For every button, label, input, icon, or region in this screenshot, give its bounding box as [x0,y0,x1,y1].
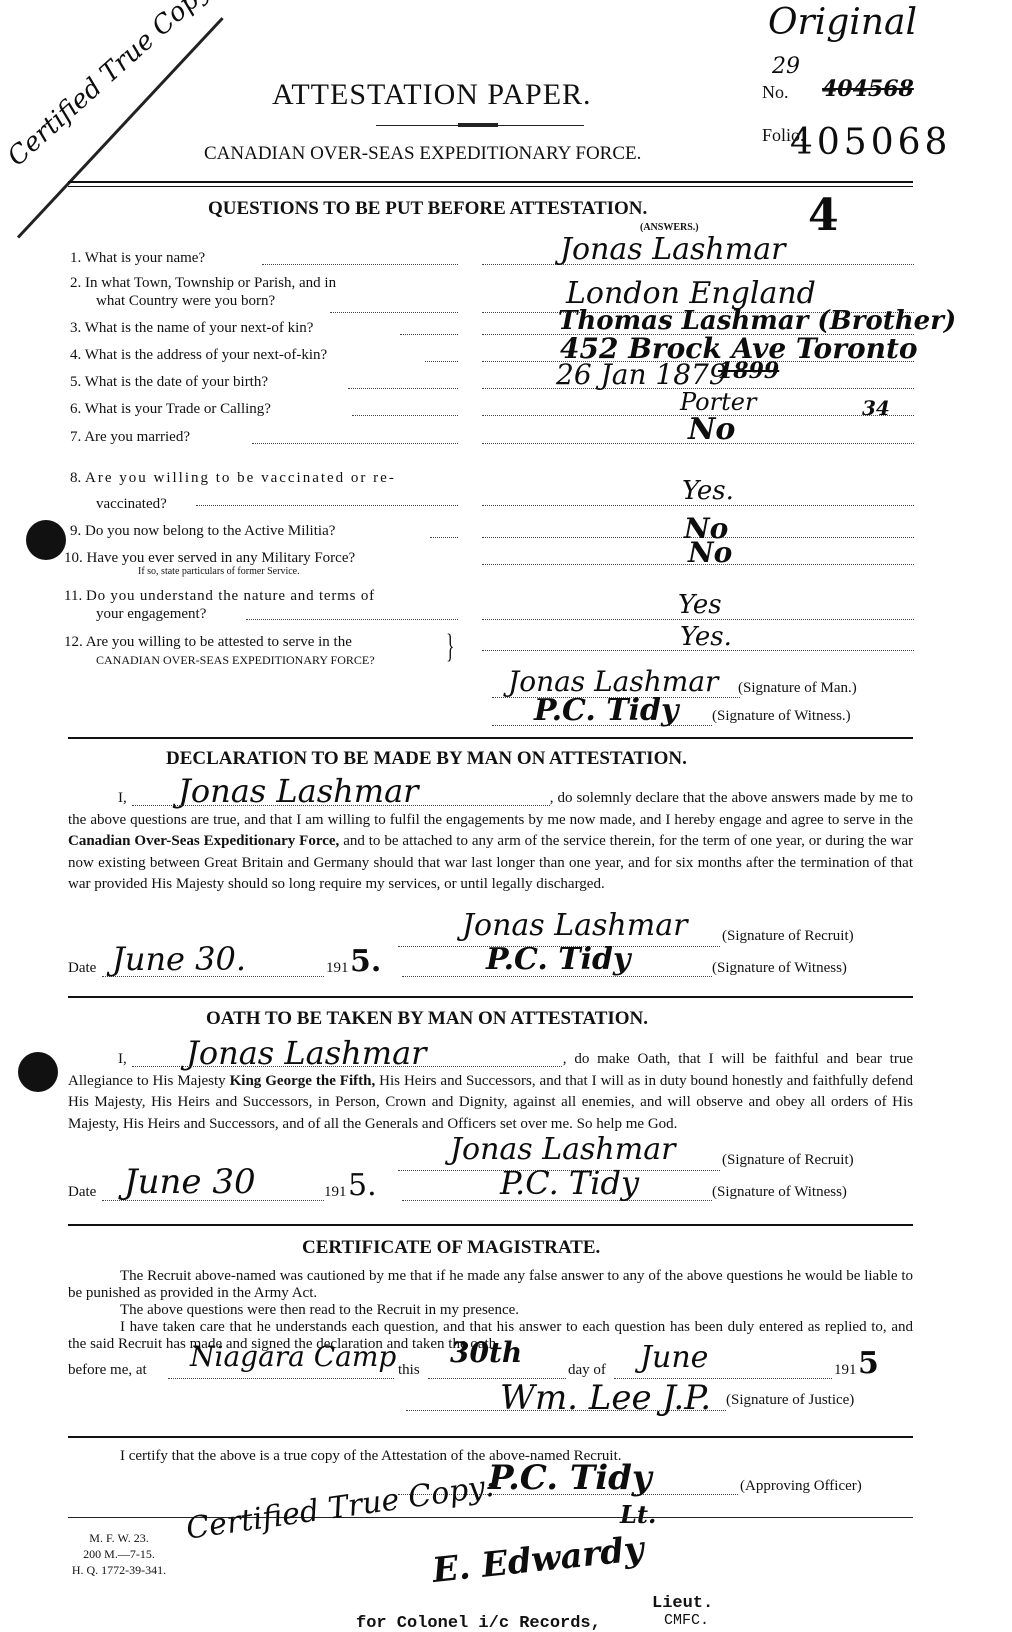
oath-heading: OATH TO BE TAKEN BY MAN ON ATTESTATION. [206,1008,648,1030]
magistrate-place-line [168,1378,394,1379]
magistrate-day: 30th [450,1336,522,1369]
declaration-date: June 30. [112,940,246,978]
number-label: No. [762,82,789,103]
question-2: 2. In what Town, Township or Parish, and… [70,274,336,310]
sig-witness: P.C. Tidy [534,693,678,728]
question-1-leader [262,264,458,265]
declaration-sig-witness-label: (Signature of Witness) [712,960,847,977]
footer-cmfc: CMFC. [664,1612,709,1629]
question-1: 1. What is your name? [70,249,205,267]
answer-6-side-note: 34 [862,396,890,420]
magistrate-sig-label: (Signature of Justice) [726,1392,854,1409]
question-8: 8. Are you willing to be vaccinated or r… [70,465,396,517]
certify-sig-rank: Lt. [620,1500,656,1529]
magistrate-this-label: this [398,1362,420,1379]
oath-date-label: Date [68,1184,96,1201]
question-9: 9. Do you now belong to the Active Milit… [70,522,335,540]
answer-5-struck-year: 1899 [718,358,779,384]
declaration-heading: DECLARATION TO BE MADE BY MAN ON ATTESTA… [166,748,687,770]
answer-7: No [688,412,735,447]
sig-man-label: (Signature of Man.) [738,680,857,697]
question-9-leader [430,537,458,538]
oath-year-prefix: 191 [324,1184,347,1201]
header-double-rule-bottom [68,186,913,187]
question-4-leader [425,361,458,362]
declaration-year-prefix: 191 [326,960,349,977]
section-rule-3 [68,1224,913,1226]
question-6-leader [352,415,458,416]
question-8-leader [196,505,458,506]
question-7-leader [252,443,458,444]
punch-hole [18,1052,58,1092]
footer-lieut: Lieut. [652,1594,713,1613]
certified-true-copy-note: Certified True Copy [2,0,216,172]
header-double-rule-top [68,181,913,183]
answer-1: Jonas Lashmar [560,232,785,267]
declaration-sig-recruit: Jonas Lashmar [462,908,687,943]
page-title: ATTESTATION PAPER. [272,78,592,112]
question-3-leader [400,334,458,335]
answer-5: 26 Jan 1879 [556,358,727,391]
sig-witness-label: (Signature of Witness.) [712,708,851,725]
question-5-leader [348,388,458,389]
magistrate-heading: CERTIFICATE OF MAGISTRATE. [302,1237,600,1259]
answer-10: No [688,536,732,569]
corner-mark: 4 [808,190,839,241]
question-4: 4. What is the address of your next-of-k… [70,346,327,364]
certify-sig: P.C. Tidy [488,1458,652,1498]
question-7: 7. Are you married? [70,428,190,446]
question-3: 3. What is the name of your next-of kin? [70,319,313,337]
magistrate-place: Niagara Camp [190,1340,396,1373]
questions-heading: QUESTIONS TO BE PUT BEFORE ATTESTATION. [208,198,647,220]
oath-sig-recruit-label: (Signature of Recruit) [722,1152,854,1169]
certify-sig-label: (Approving Officer) [740,1478,862,1495]
magistrate-month: June [640,1340,708,1375]
oath-text: I,, do make Oath, that I will be faithfu… [68,1049,913,1135]
declaration-date-label: Date [68,960,96,977]
question-11-leader [246,619,458,620]
declaration-text: I,, do solemnly declare that the above a… [68,788,913,896]
declaration-sig-recruit-label: (Signature of Recruit) [722,928,854,945]
declaration-year-suffix: 5. [350,944,381,979]
form-codes: M. F. W. 23. 200 M.—7-15. H. Q. 1772-39-… [64,1530,174,1578]
question-6: 6. What is your Trade or Calling? [70,400,271,418]
footer-for-colonel: for Colonel i/c Records, [356,1614,601,1632]
oath-year-suffix: 5. [348,1168,377,1203]
question-10-note: If so, state particulars of former Servi… [138,566,300,577]
section-rule-1 [68,737,913,739]
oath-sig-witness-label: (Signature of Witness) [712,1184,847,1201]
answer-12: Yes. [680,622,732,652]
footer-certified-sig: E. Edwardy [430,1529,645,1591]
footer-certified-copy: Certified True Copy: [184,1469,497,1547]
original-note: Original [768,2,917,43]
question-12: 12. Are you willing to be attested to se… [64,633,375,669]
question-10: 10. Have you ever served in any Military… [64,549,355,567]
oath-sig-witness: P.C. Tidy [500,1164,639,1202]
oath-sig-recruit: Jonas Lashmar [450,1132,675,1167]
question-11: 11. Do you understand the nature and ter… [64,587,375,623]
magistrate-year-prefix: 191 [834,1362,857,1379]
magistrate-year-suffix: 5 [858,1346,879,1381]
number-value-struck: 404568 [822,76,914,102]
declaration-sig-witness: P.C. Tidy [486,942,630,977]
answer-8: Yes. [682,476,734,506]
oath-date: June 30 [124,1162,256,1202]
question-5: 5. What is the date of your birth? [70,373,268,391]
title-ornament-center [458,123,498,127]
section-rule-2 [68,996,913,998]
number-prefix-handwritten: 29 [772,54,800,79]
page-subtitle: CANADIAN OVER-SEAS EXPEDITIONARY FORCE. [204,143,641,165]
folio-value: 405068 [790,122,951,163]
answer-11: Yes [678,590,722,620]
section-rule-4 [68,1436,913,1438]
question-12-brace: } [446,628,454,666]
magistrate-day-of-label: day of [568,1362,606,1379]
punch-hole [26,520,66,560]
question-2-leader [330,312,458,313]
magistrate-sig: Wm. Lee J.P. [500,1378,711,1418]
magistrate-before-label: before me, at [68,1362,147,1379]
